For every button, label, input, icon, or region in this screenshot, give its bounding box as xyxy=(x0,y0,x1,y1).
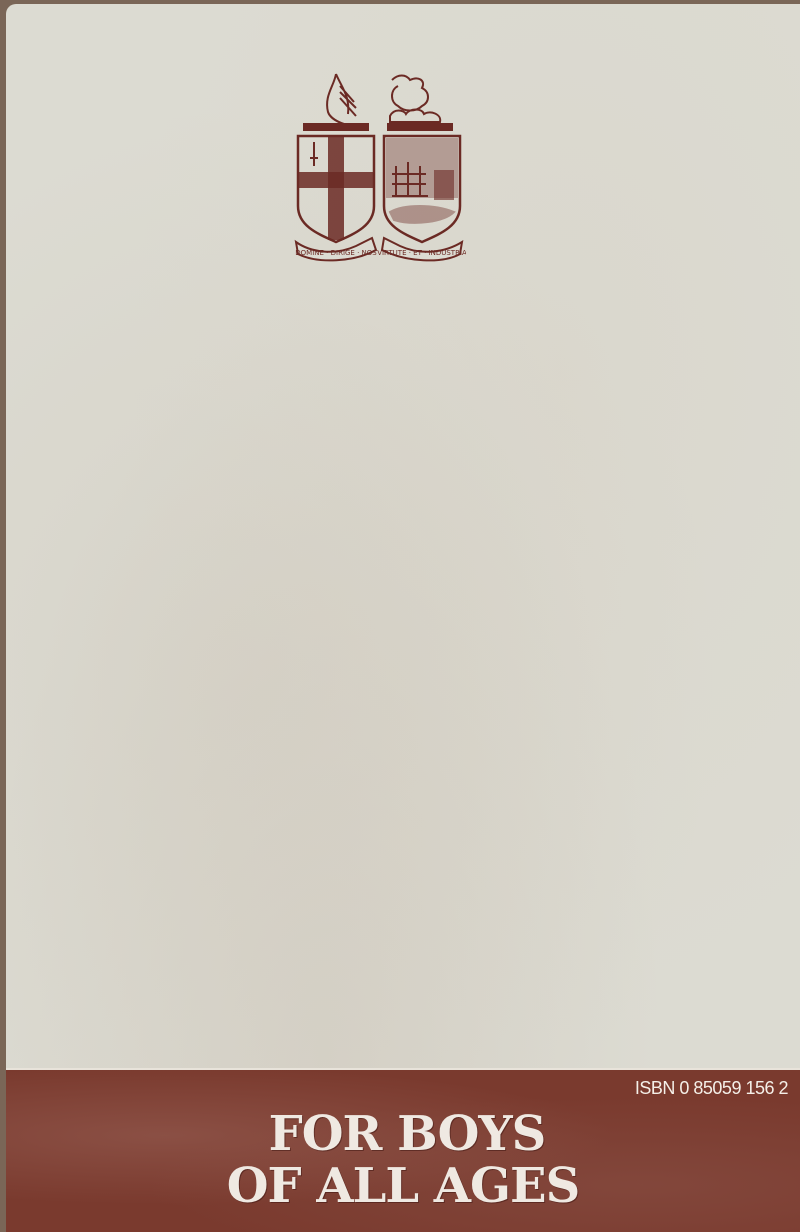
tagline-line-1: FOR BOYS xyxy=(6,1106,800,1162)
left-motto: DOMINE · DIRIGE · NOS xyxy=(295,249,377,257)
right-motto: VIRTUTE · ET · INDUSTRIA xyxy=(377,249,466,257)
tagline-line-2: OF ALL AGES xyxy=(6,1158,800,1214)
isbn-label: ISBN 0 85059 156 2 xyxy=(635,1078,788,1099)
bottom-band: ISBN 0 85059 156 2 FOR BOYS OF ALL AGES xyxy=(6,1068,800,1232)
book-back-cover: DOMINE · DIRIGE · NOS VIRTUTE · ET · IND… xyxy=(6,4,800,1232)
coat-of-arms-icon: DOMINE · DIRIGE · NOS VIRTUTE · ET · IND… xyxy=(294,66,466,268)
